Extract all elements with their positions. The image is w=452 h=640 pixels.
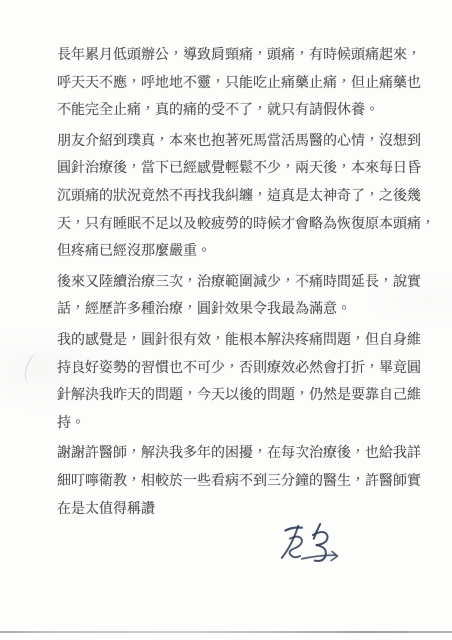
text-line: 朋友介紹到璞真，本來也抱著死馬當活馬醫的心情，沒想到 xyxy=(57,128,418,156)
text-line: 細叮嚀衛教，相較於一些看病不到三分鐘的醫生，許醫師實 xyxy=(57,468,418,496)
text-line: 但疼痛已經沒那麼嚴重。 xyxy=(57,238,418,266)
text-line: 圓針治療後，當下已經感覺輕鬆不少，兩天後，本來每日昏 xyxy=(57,155,418,183)
paragraph-2: 朋友介紹到璞真，本來也抱著死馬當活馬醫的心情，沒想到 圓針治療後，當下已經感覺輕… xyxy=(57,128,418,266)
text-line: 謝謝許醫師，解決我多年的困擾，在每次治療後，也給我詳 xyxy=(57,440,418,468)
paragraph-5: 謝謝許醫師，解決我多年的困擾，在每次治療後，也給我詳 細叮嚀衛教，相較於一些看病… xyxy=(57,440,418,523)
text-line: 天，只有睡眠不足以及較疲勞的時候才會略為恢復原本頭痛， xyxy=(57,211,418,239)
scan-scratch-artifact xyxy=(21,350,50,388)
text-line: 在是太值得稱讚 xyxy=(57,496,418,524)
paragraph-3: 後來又陸續治療三次，治療範圍減少，不痛時間延長，說實 話，經歷許多種治療，圓針效… xyxy=(57,269,418,324)
text-line: 後來又陸續治療三次，治療範圍減少，不痛時間延長，說實 xyxy=(57,269,418,297)
text-line: 話，經歷許多種治療，圓針效果令我最為滿意。 xyxy=(57,296,418,324)
handwritten-signature-ink xyxy=(279,519,343,573)
text-line: 呼天天不應，呼地地不靈，只能吃止痛藥止痛，但止痛藥也 xyxy=(57,70,418,98)
text-line: 持。 xyxy=(57,410,418,438)
scanned-letter-page: 長年累月低頭辦公，導致肩頸痛，頭痛，有時候頭痛起來， 呼天天不應，呼地地不靈，只… xyxy=(0,0,452,640)
text-line: 不能完全止痛，真的痛的受不了，就只有請假休養。 xyxy=(57,97,418,125)
paragraph-1: 長年累月低頭辦公，導致肩頸痛，頭痛，有時候頭痛起來， 呼天天不應，呼地地不靈，只… xyxy=(57,42,418,125)
text-line: 針解決我昨天的問題，今天以後的問題，仍然是要靠自己維 xyxy=(57,382,418,410)
paragraph-4: 我的感覺是，圓針很有效，能根本解決疼痛問題，但自身維 持良好姿勢的習慣也不可少，… xyxy=(57,327,418,437)
text-line: 我的感覺是，圓針很有效，能根本解決疼痛問題，但自身維 xyxy=(57,327,418,355)
scan-bottom-edge-line xyxy=(0,631,452,633)
text-line: 持良好姿勢的習慣也不可少，否則療效必然會打折，畢竟圓 xyxy=(57,355,418,383)
text-line: 沉頭痛的狀況竟然不再找我糾纏，這真是太神奇了，之後幾 xyxy=(57,183,418,211)
letter-body: 長年累月低頭辦公，導致肩頸痛，頭痛，有時候頭痛起來， 呼天天不應，呼地地不靈，只… xyxy=(57,42,418,526)
text-line: 長年累月低頭辦公，導致肩頸痛，頭痛，有時候頭痛起來， xyxy=(57,42,418,70)
